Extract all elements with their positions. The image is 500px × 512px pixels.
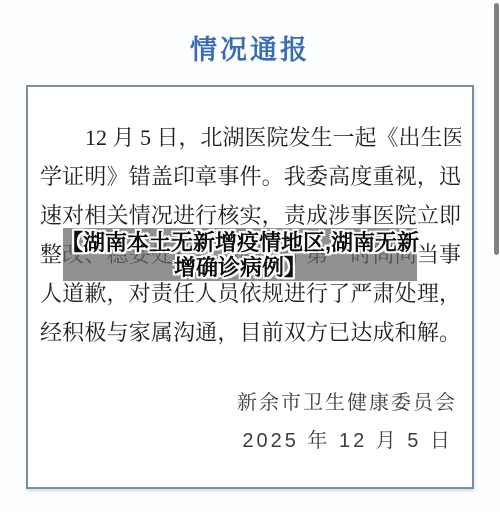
notice-body-line: 经积极与家属沟通，目前双方已达成和解。 xyxy=(40,313,461,352)
notice-title: 情况通报 xyxy=(0,28,500,67)
notice-body-line: 学证明》错盖印章事件。我委高度重视，迅 xyxy=(40,157,461,196)
notice-body-line: 12 月 5 日，北湖医院发生一起《出生医 xyxy=(40,118,461,157)
notice-page: { "notice": { "title": "情况通报", "body_lin… xyxy=(0,0,500,512)
watermark-banner: 【湖南本土无新增疫情地区,湖南无新 增确诊病例】 xyxy=(63,228,417,281)
watermark-line-1: 【湖南本土无新增疫情地区,湖南无新 xyxy=(61,230,419,255)
scrollbar-thumb[interactable] xyxy=(494,3,499,255)
notice-card: 12 月 5 日，北湖医院发生一起《出生医 学证明》错盖印章事件。我委高度重视，… xyxy=(26,85,474,489)
watermark-line-2: 增确诊病例】 xyxy=(174,255,306,280)
issuer-name: 新余市卫生健康委员会 xyxy=(237,386,457,415)
scrollbar[interactable] xyxy=(493,0,500,512)
issue-date: 2025 年 12 月 5 日 xyxy=(242,424,453,453)
